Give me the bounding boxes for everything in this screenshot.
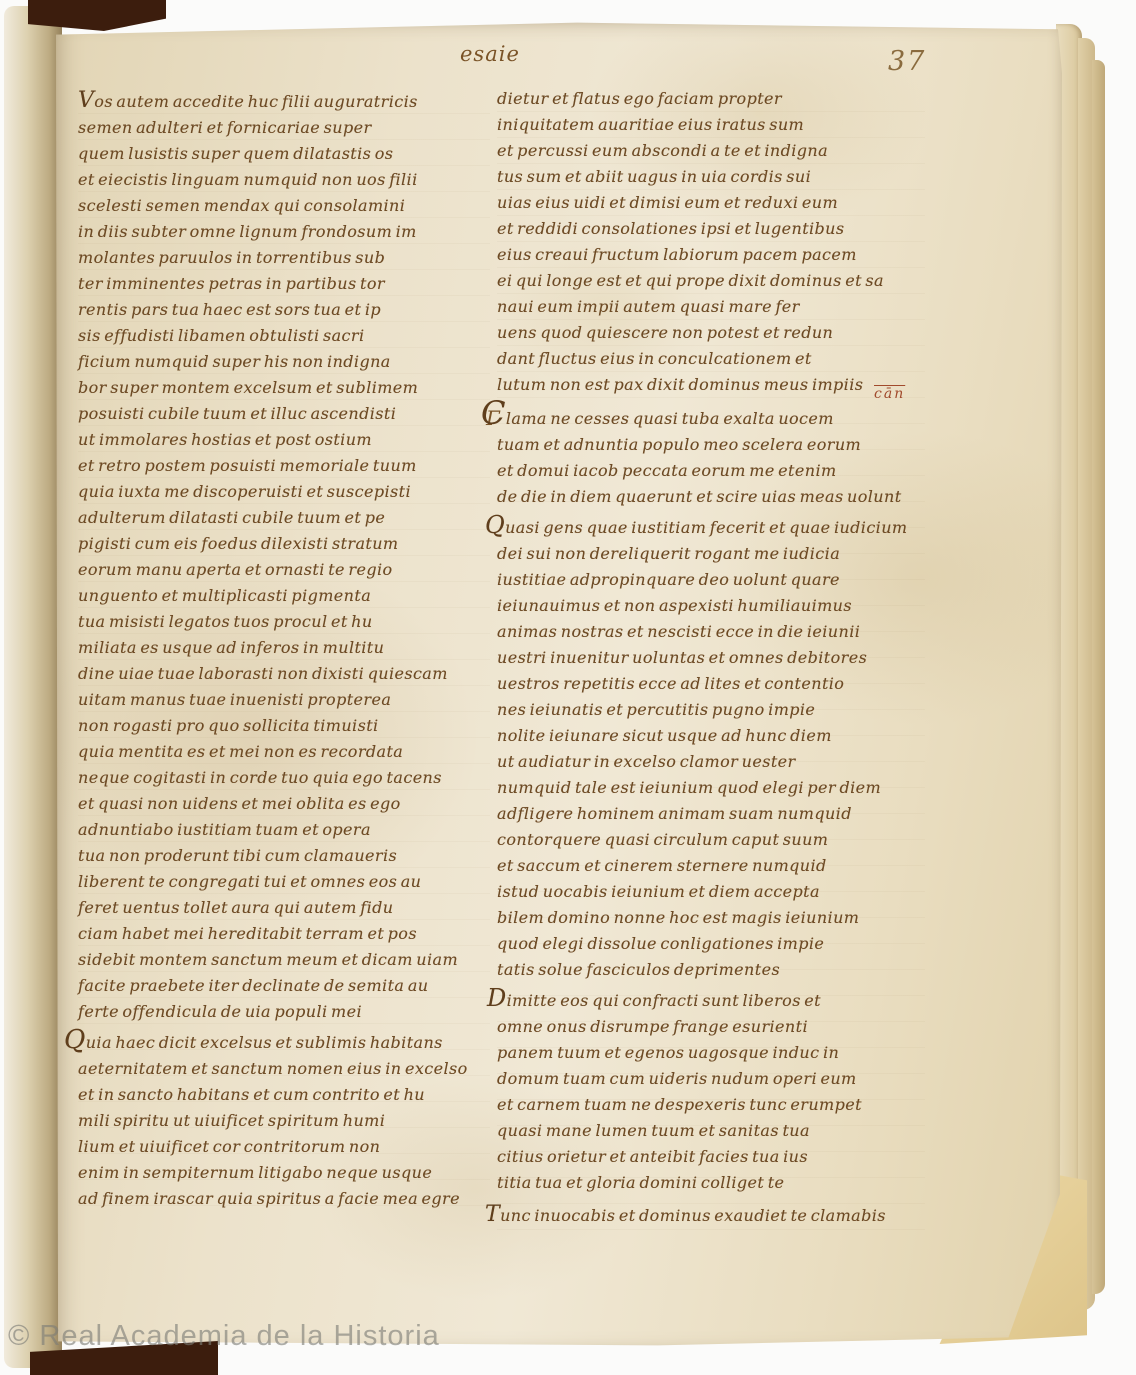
manuscript-line: ut immolares hostias et post ostium [78, 427, 490, 453]
manuscript-line: iustitiae adpropinquare deo uolunt quare [497, 567, 925, 593]
manuscript-line: et carnem tuam ne despexeris tunc erumpe… [497, 1092, 925, 1118]
manuscript-line: quia iuxta me discoperuisti et suscepist… [78, 479, 490, 505]
text-column-right: dietur et flatus ego faciam propteriniqu… [497, 86, 925, 1231]
manuscript-line: omne onus disrumpe frange esurienti [497, 1014, 925, 1040]
manuscript-line: Clama ne cesses quasi tuba exalta uocem [481, 400, 925, 432]
manuscript-line: feret uentus tollet aura qui autem fidu [78, 895, 490, 921]
manuscript-line: rentis pars tua haec est sors tua et ip [78, 297, 490, 323]
manuscript-line: iniquitatem auaritiae eius iratus sum [497, 112, 925, 138]
manuscript-line: neque cogitasti in corde tuo quia ego ta… [78, 765, 490, 791]
manuscript-line: scelesti semen mendax qui consolamini [78, 193, 490, 219]
copyright-watermark: © Real Academia de la Historia [8, 1320, 440, 1353]
manuscript-line: istud uocabis ieiunium et diem accepta [497, 879, 925, 905]
manuscript-line: adnuntiabo iustitiam tuam et opera [78, 817, 490, 843]
manuscript-line: ei qui longe est et qui prope dixit domi… [497, 268, 925, 294]
manuscript-line: et saccum et cinerem sternere numquid [497, 853, 925, 879]
paragraph-isaiah-57-end: dietur et flatus ego faciam propteriniqu… [497, 86, 925, 398]
manuscript-line: Quia haec dicit excelsus et sublimis hab… [64, 1027, 490, 1056]
manuscript-line: et eiecistis linguam numquid non uos fil… [78, 167, 490, 193]
manuscript-line: pigisti cum eis foedus dilexisti stratum [78, 531, 490, 557]
manuscript-line: Quasi gens quae iustitiam fecerit et qua… [485, 512, 925, 541]
manuscript-line: et retro postem posuisti memoriale tuum [78, 453, 490, 479]
paragraph-isaiah-58-quasi-gens: Quasi gens quae iustitiam fecerit et qua… [497, 512, 925, 983]
manuscript-line: Dimitte eos qui confracti sunt liberos e… [487, 985, 925, 1014]
paragraph-isaiah-58-tunc: Tunc inuocabis et dominus exaudiet te cl… [497, 1202, 925, 1229]
manuscript-line: naui eum impii autem quasi mare fer [497, 294, 925, 320]
manuscript-line: ciam habet mei hereditabit terram et pos [78, 921, 490, 947]
manuscript-line: lium et uiuificet cor contritorum non [78, 1134, 490, 1160]
manuscript-line: tua non proderunt tibi cum clamaueris [78, 843, 490, 869]
manuscript-line: domum tuam cum uideris nudum operi eum [497, 1066, 925, 1092]
manuscript-line: panem tuum et egenos uagosque induc in [497, 1040, 925, 1066]
manuscript-line: et domui iacob peccata eorum me etenim [497, 458, 925, 484]
manuscript-line: de die in diem quaerunt et scire uias me… [497, 484, 925, 510]
manuscript-line: nolite ieiunare sicut usque ad hunc diem [497, 723, 925, 749]
manuscript-line: lutum non est pax dixit dominus meus imp… [497, 372, 925, 398]
manuscript-scan: esaie 37 cān Γ Vos autem accedite huc fi… [0, 0, 1136, 1375]
manuscript-line: Vos autem accedite huc filii auguratrici… [78, 88, 490, 115]
manuscript-line: sis effudisti libamen obtulisti sacri [78, 323, 490, 349]
manuscript-line: mili spiritu ut uiuificet spiritum humi [78, 1108, 490, 1134]
manuscript-line: ut audiatur in excelso clamor uester [497, 749, 925, 775]
manuscript-line: ferte offendicula de uia populi mei [78, 999, 490, 1025]
manuscript-line: uestros repetitis ecce ad lites et conte… [497, 671, 925, 697]
manuscript-line: enim in sempiternum litigabo neque usque [78, 1160, 490, 1186]
manuscript-line: unguento et multiplicasti pigmenta [78, 583, 490, 609]
manuscript-line: et in sancto habitans et cum contrito et… [78, 1082, 490, 1108]
paragraph-isaiah-58-clama: Clama ne cesses quasi tuba exalta uocemt… [497, 400, 925, 510]
manuscript-line: sidebit montem sanctum meum et dicam uia… [78, 947, 490, 973]
manuscript-line: et percussi eum abscondi a te et indigna [497, 138, 925, 164]
folio-number: 37 [888, 46, 926, 77]
manuscript-line: uestri inuenitur uoluntas et omnes debit… [497, 645, 925, 671]
manuscript-line: tuam et adnuntia populo meo scelera eoru… [497, 432, 925, 458]
manuscript-line: eius creaui fructum labiorum pacem pacem [497, 242, 925, 268]
manuscript-line: bilem domino nonne hoc est magis ieiuniu… [497, 905, 925, 931]
manuscript-line: citius orietur et anteibit facies tua iu… [497, 1144, 925, 1170]
manuscript-line: bor super montem excelsum et sublimem [78, 375, 490, 401]
manuscript-line: uitam manus tuae inuenisti propterea [78, 687, 490, 713]
manuscript-line: nes ieiunatis et percutitis pugno impie [497, 697, 925, 723]
manuscript-line: dei sui non dereliquerit rogant me iudic… [497, 541, 925, 567]
manuscript-line: non rogasti pro quo sollicita timuisti [78, 713, 490, 739]
manuscript-line: in diis subter omne lignum frondosum im [78, 219, 490, 245]
manuscript-line: facite praebete iter declinate de semita… [78, 973, 490, 999]
manuscript-line: aeternitatem et sanctum nomen eius in ex… [78, 1056, 490, 1082]
manuscript-line: uias eius uidi et dimisi eum et reduxi e… [497, 190, 925, 216]
manuscript-line: tua misisti legatos tuos procul et hu [78, 609, 490, 635]
manuscript-line: quia mentita es et mei non es recordata [78, 739, 490, 765]
binding-gutter [4, 6, 62, 1368]
manuscript-line: ter imminentes petras in partibus tor [78, 271, 490, 297]
paragraph-isaiah-57-vos: Vos autem accedite huc filii auguratrici… [78, 88, 490, 1025]
manuscript-line: eorum manu aperta et ornasti te regio [78, 557, 490, 583]
manuscript-line: quasi mane lumen tuum et sanitas tua [497, 1118, 925, 1144]
running-title: esaie [460, 42, 520, 66]
manuscript-line: dietur et flatus ego faciam propter [497, 86, 925, 112]
manuscript-line: posuisti cubile tuum et illuc ascendisti [78, 401, 490, 427]
manuscript-line: animas nostras et nescisti ecce in die i… [497, 619, 925, 645]
manuscript-line: semen adulteri et fornicariae super [78, 115, 490, 141]
manuscript-line: tatis solue fasciculos deprimentes [497, 957, 925, 983]
manuscript-line: ad finem irascar quia spiritus a facie m… [78, 1186, 490, 1212]
page-edge-3 [1092, 60, 1105, 1294]
text-column-left: Vos autem accedite huc filii auguratrici… [78, 88, 490, 1214]
manuscript-line: ieiunauimus et non aspexisti humiliauimu… [497, 593, 925, 619]
manuscript-line: quem lusistis super quem dilatastis os [78, 141, 490, 167]
manuscript-line: miliata es usque ad inferos in multitu [78, 635, 490, 661]
manuscript-line: ficium numquid super his non indigna [78, 349, 490, 375]
manuscript-line: Tunc inuocabis et dominus exaudiet te cl… [485, 1202, 925, 1229]
paragraph-isaiah-58-dimitte: Dimitte eos qui confracti sunt liberos e… [497, 985, 925, 1196]
manuscript-line: uens quod quiescere non potest et redun [497, 320, 925, 346]
manuscript-line: contorquere quasi circulum caput suum [497, 827, 925, 853]
paragraph-isaiah-57-quia-haec: Quia haec dicit excelsus et sublimis hab… [78, 1027, 490, 1212]
manuscript-line: tus sum et abiit uagus in uia cordis sui [497, 164, 925, 190]
manuscript-line: quod elegi dissolue conligationes impie [497, 931, 925, 957]
manuscript-line: molantes paruulos in torrentibus sub [78, 245, 490, 271]
manuscript-line: liberent te congregati tui et omnes eos … [78, 869, 490, 895]
manuscript-line: adulterum dilatasti cubile tuum et pe [78, 505, 490, 531]
manuscript-line: dant fluctus eius in conculcationem et [497, 346, 925, 372]
manuscript-line: et reddidi consolationes ipsi et lugenti… [497, 216, 925, 242]
manuscript-page: esaie 37 cān Γ Vos autem accedite huc fi… [52, 20, 1062, 1348]
manuscript-line: adfligere hominem animam suam numquid [497, 801, 925, 827]
manuscript-line: dine uiae tuae laborasti non dixisti qui… [78, 661, 490, 687]
manuscript-line: titia tua et gloria domini colliget te [497, 1170, 925, 1196]
manuscript-line: numquid tale est ieiunium quod elegi per… [497, 775, 925, 801]
manuscript-line: et quasi non uidens et mei oblita es ego [78, 791, 490, 817]
